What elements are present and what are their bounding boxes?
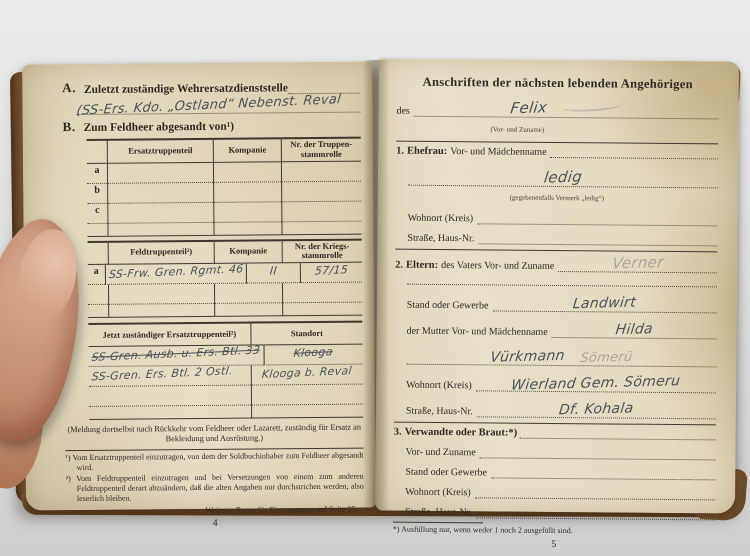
s3-name-line: Vor- und Zuname — [393, 447, 715, 461]
s2-wohnort-line: Wohnort (Kreis) Wierland Gem. Sömeru — [394, 374, 716, 394]
section-a-entry-dots: (SS-Ers. Kdo. „Ostland“ Nebenst. Reval — [76, 96, 360, 115]
s2-strasse-label: Straße, Haus-Nr. — [406, 406, 477, 418]
s1-handwriting-ledig: ledig — [543, 170, 583, 186]
table-d-row-2-unit: SS-Gren. Ers. Btl. 2 Ostl. — [89, 366, 251, 387]
table-b-extra-4 — [281, 221, 361, 234]
s3-name-label: Vor- und Zuname — [405, 447, 479, 459]
section-a-title: Zuletzt zuständige Wehrersatzdienststell… — [84, 82, 288, 96]
s2-wohnort-dots: Wierland Gem. Sömeru — [476, 374, 717, 393]
table-d-row-1-ort-handwriting: Klooga — [293, 345, 333, 360]
s2-wohnort-label: Wohnort (Kreis) — [406, 380, 476, 392]
section-b-heading: B. Zum Feldheer abgesandt von¹) — [63, 116, 361, 137]
table-d-row-empty-2 — [89, 405, 363, 419]
table-c-row-a-label: a — [88, 265, 105, 285]
s2-title-line: 2. Eltern: des Vaters Vor- und Zuname Ve… — [395, 254, 717, 274]
s1-caption: (gegebenenfalls Vermerk „ledig“) — [510, 194, 604, 203]
s2-stand-label: Stand oder Gewerbe — [407, 300, 493, 312]
s3-stand-label: Stand oder Gewerbe — [405, 467, 491, 479]
section-d: D. Jetzt zuständiger Ersatztruppenteil²)… — [64, 321, 363, 421]
table-b-row-c-kompanie — [213, 202, 281, 223]
table-d-header-standort: Standort — [250, 323, 362, 346]
table-b-row-b-nr — [281, 181, 361, 202]
s3-number: 3. — [394, 427, 405, 438]
s1-number: 1. — [396, 146, 407, 157]
s3-stand-dots — [491, 473, 715, 480]
section-a-handwriting: (SS-Ers. Kdo. „Ostland“ Nebenst. Reval — [76, 93, 342, 118]
table-c-e1-1 — [88, 285, 108, 305]
table-b-row-c-nr — [281, 201, 361, 222]
section-c: C. Feldtruppenteil²) Kompanie Nr. der Kr… — [64, 238, 363, 318]
s2-vater-dots: Verner — [558, 255, 717, 273]
table-d-row-2-ort-handwriting: Klooga b. Reval — [262, 364, 353, 381]
table-c-row-empty-2 — [88, 303, 362, 317]
s2-mutter2-dots: Vürkmann Sömerü — [406, 348, 716, 368]
s2-stand-handwriting: Landwirt — [572, 296, 637, 312]
table-c-e2-4 — [282, 303, 362, 316]
table-c: Feldtruppenteil²) Kompanie Nr. der Krieg… — [88, 238, 363, 318]
des-caption: (Vor- und Zuname) — [490, 125, 544, 133]
table-d-header-row: Jetzt zuständiger Ersatztruppenteil²) St… — [88, 323, 362, 347]
table-b-header-nr: Nr. der Truppen­stammrolle — [281, 139, 361, 162]
table-c-e1-2 — [108, 284, 214, 305]
section-b: B. Zum Feldheer abgesandt von¹) Ersatztr… — [63, 116, 362, 237]
s3-wohnort-label: Wohnort (Kreis) — [405, 487, 475, 499]
table-c-row-a-nr: 57/15 — [299, 263, 362, 284]
des-label: des — [396, 106, 413, 117]
s2-mutter-line: der Mutter Vor- und Mädchenname Hilda — [395, 320, 717, 340]
s2-mutter-label: der Mutter Vor- und Mädchenname — [407, 326, 552, 338]
table-b-row-b-unit — [107, 182, 213, 203]
page-number-right: 5 — [393, 538, 715, 552]
table-b-extra-1 — [87, 223, 107, 235]
s1-wohnort-line: Wohnort (Kreis) — [396, 213, 718, 227]
table-c-row-a-kompanie: II — [246, 263, 299, 283]
table-c-header-row: Feldtruppenteil²) Kompanie Nr. der Krieg… — [88, 240, 362, 265]
separator-1 — [396, 141, 718, 145]
table-c-e2-1 — [88, 305, 108, 317]
table-b-row-extra — [87, 221, 361, 235]
right-footnote: *) Ausfüllung nur, wenn weder 1 noch 2 a… — [393, 525, 715, 538]
s1-title-bold: Ehefrau: — [407, 146, 450, 157]
table-b-row-c: c — [87, 201, 361, 223]
s2-stand-line: Stand oder Gewerbe Landwirt — [395, 294, 717, 314]
separator-3 — [394, 422, 716, 426]
table-b: Ersatztruppenteil Kompanie Nr. der Trupp… — [87, 137, 362, 237]
s1-wohnort-label: Wohnort (Kreis) — [408, 213, 478, 225]
table-c-header-blank — [88, 242, 108, 265]
s2-strasse-handwriting: Df. Kohala — [558, 401, 634, 417]
table-d-header-unit: Jetzt zuständiger Ersatztruppenteil²) — [88, 324, 250, 347]
s3-wohnort-line: Wohnort (Kreis) — [393, 487, 715, 501]
table-c-header-nr: Nr. der Kriegs­stammrolle — [282, 240, 362, 263]
s2-extra-line — [407, 280, 717, 288]
table-d-row-1-unit-handwriting: SS-Gren. Ausb. u. Ers. Btl. 33 — [91, 344, 261, 364]
table-b-header-row: Ersatztruppenteil Kompanie Nr. der Trupp… — [87, 139, 361, 164]
s2-strasse-dots: Df. Kohala — [477, 400, 716, 419]
s1-strasse-label: Straße, Haus-Nr. — [407, 233, 478, 245]
s1-entry-dots: ledig — [408, 169, 718, 189]
table-b-extra-2 — [107, 222, 213, 235]
table-c-e2-3 — [214, 303, 282, 316]
s2-title-rest: des Vaters Vor- und Zuname — [441, 260, 558, 272]
meldung-note: (Meldung dortselbst nach Rückkehr vom Fe… — [65, 423, 363, 446]
s3-wohnort-dots — [475, 493, 715, 500]
s2-vater-handwriting: Verner — [611, 255, 664, 271]
section-a-label: A. — [62, 80, 76, 96]
des-handwriting: Felix — [510, 100, 548, 116]
s2-mutter2-handwriting: Vürkmann — [489, 349, 565, 365]
table-c-header-unit: Feldtruppenteil²) — [108, 241, 214, 264]
separator-2 — [395, 249, 717, 253]
table-c-row-a: a SS-Frw. Gren. Rgmt. 46 II 57/15 — [88, 263, 362, 285]
table-b-header-blank — [87, 141, 107, 164]
table-c-e1-3 — [214, 283, 282, 304]
s3-dots — [520, 434, 716, 441]
table-b-row-c-label: c — [87, 203, 107, 223]
table-b-header-kompanie: Kompanie — [213, 139, 281, 162]
s3-title-line: 3. Verwandte oder Braut:*) — [394, 427, 716, 441]
right-footnote-rule — [393, 522, 483, 524]
table-d-e2-2 — [251, 405, 363, 418]
s1-wohnort-dots — [477, 219, 717, 226]
s2-wohnort-handwriting: Wierland Gem. Sömeru — [511, 374, 682, 392]
des-caption-wrap: (Vor- und Zuname) — [396, 118, 718, 139]
table-c-row-a-kompanie-handwriting: II — [269, 264, 277, 277]
table-b-row-a: a — [87, 161, 361, 183]
table-b-header-unit: Ersatztruppenteil — [107, 140, 213, 163]
s1-dots — [551, 153, 719, 159]
table-b-extra-3 — [213, 222, 281, 235]
section-b-table-wrap: Ersatztruppenteil Kompanie Nr. der Trupp… — [63, 137, 362, 237]
table-b-row-a-kompanie — [213, 162, 281, 183]
footnote-2: ²) Vom Feldtruppenteil einzutragen und b… — [66, 471, 364, 505]
s1-caption-wrap: (gegebenenfalls Vermerk „ledig“) — [396, 186, 718, 207]
s2-mutter-line-2: Vürkmann Sömerü — [406, 348, 716, 368]
des-line: des Felix — [396, 100, 718, 120]
s1-strasse-line: Straße, Haus-Nr. — [395, 233, 717, 247]
s1-strasse-dots — [478, 239, 717, 246]
right-page-title: Anschriften der nächsten lebenden Angehö… — [397, 75, 719, 93]
s1-title-rest: Vor- und Mädchenname — [450, 146, 550, 158]
s2-strasse-line: Straße, Haus-Nr. Df. Kohala — [394, 400, 716, 420]
table-d-row-empty-1 — [89, 385, 363, 407]
soldbuch-page-5: Anschriften der nächsten lebenden Angehö… — [375, 58, 739, 513]
s3-title-bold: Verwandte oder Braut:*) — [405, 427, 521, 439]
table-b-row-a-label: a — [87, 163, 107, 183]
s1-title-line: 1. Ehefrau: Vor- und Mädchenname — [396, 146, 718, 160]
page-number-left: 4 — [66, 516, 364, 530]
table-c-row-a-nr-handwriting: 57/15 — [314, 263, 348, 278]
s3-strasse-label: Straße, Haus-Nr. — [405, 507, 476, 519]
table-b-row-a-nr — [281, 161, 361, 182]
s3-stand-line: Stand oder Gewerbe — [393, 467, 715, 481]
footnote-1: ¹) Vom Ersatztruppenteil einzutragen, vo… — [65, 450, 363, 473]
table-c-e1-4 — [282, 283, 362, 304]
table-d-row-2-ort: Klooga b. Reval — [251, 365, 363, 386]
table-d-e1-2 — [251, 385, 363, 406]
table-c-header-kompanie: Kompanie — [214, 241, 282, 264]
section-a-entry-line: (SS-Ers. Kdo. „Ostland“ Nebenst. Reval — [76, 96, 360, 115]
table-d-row-2: SS-Gren. Ers. Btl. 2 Ostl. Klooga b. Rev… — [89, 365, 363, 387]
section-b-title: Zum Feldheer abgesandt von¹) — [83, 121, 234, 134]
table-c-row-a-unit-handwriting: SS-Frw. Gren. Rgmt. 46 — [108, 262, 244, 281]
des-dots: Felix — [414, 100, 719, 120]
section-b-label: B. — [63, 119, 76, 134]
table-c-row-a-unit: SS-Frw. Gren. Rgmt. 46 — [104, 264, 246, 285]
s1-entry-line: ledig — [408, 169, 718, 189]
table-d-e2-1 — [89, 406, 251, 419]
table-c-e2-2 — [108, 304, 214, 317]
s2-extra-dots — [407, 280, 717, 288]
s2-mutter2b-handwriting: Sömerü — [580, 351, 634, 365]
table-b-row-b: b — [87, 181, 361, 203]
s2-mutter-dots: Hilda — [552, 321, 717, 339]
faded-surname-scribble — [561, 99, 621, 113]
table-d: Jetzt zuständiger Ersatztruppenteil²) St… — [88, 321, 363, 420]
table-b-row-a-unit — [107, 162, 213, 183]
s2-title-bold: Eltern: — [406, 260, 441, 271]
table-b-row-c-unit — [107, 202, 213, 223]
book-gutter-shadow — [363, 60, 389, 512]
table-c-row-empty-1 — [88, 283, 362, 305]
s3-name-dots — [480, 453, 716, 460]
table-b-row-b-label: b — [87, 183, 107, 203]
table-b-row-b-kompanie — [213, 182, 281, 203]
table-d-row-1-unit: SS-Gren. Ausb. u. Ers. Btl. 33 — [89, 346, 264, 368]
s2-mutter-handwriting: Hilda — [615, 322, 654, 337]
s2-number: 2. — [395, 260, 406, 271]
table-d-e1-1 — [89, 386, 251, 407]
table-d-row-1-ort: Klooga — [263, 345, 363, 366]
table-d-row-2-unit-handwriting: SS-Gren. Ers. Btl. 2 Ostl. — [91, 364, 233, 383]
s2-stand-dots: Landwirt — [492, 294, 716, 313]
